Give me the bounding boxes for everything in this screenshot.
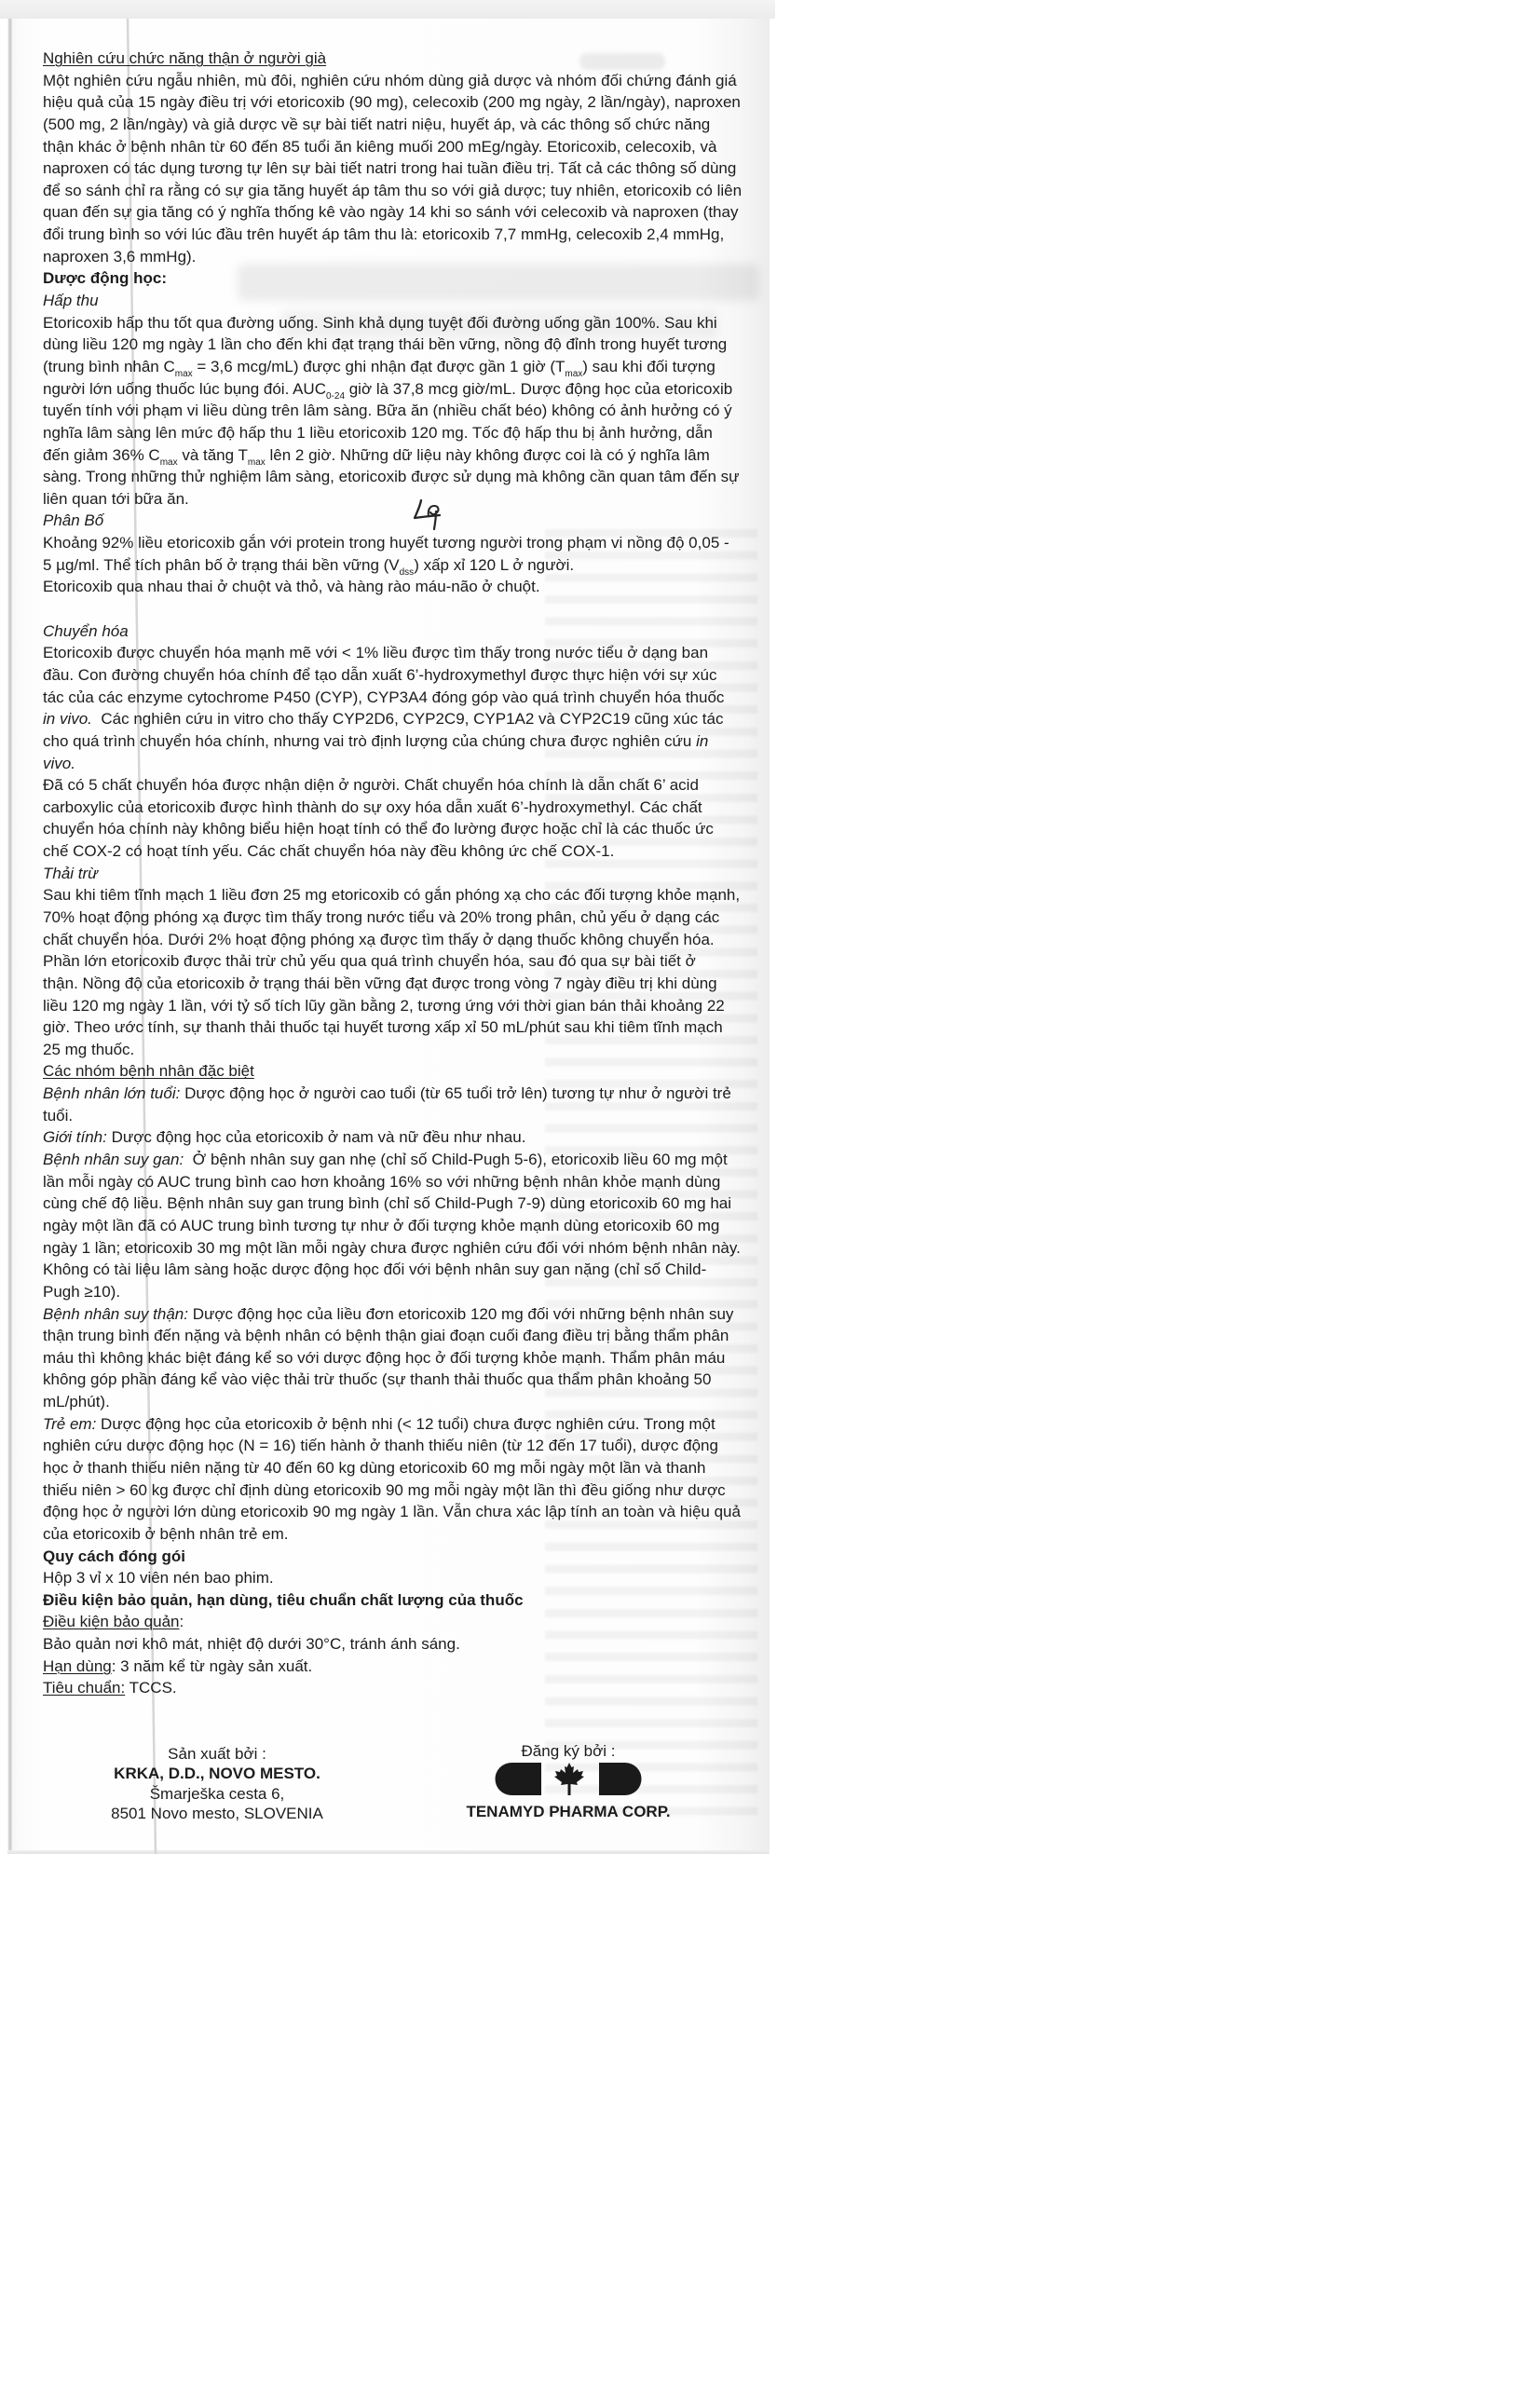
shelf-life-text: : 3 năm kể từ ngày sản xuất. (112, 1657, 313, 1675)
text-segment: cho quá trình chuyển hóa chính, nhưng va… (43, 732, 696, 750)
text-segment: : (180, 1613, 184, 1630)
elderly-label: Bệnh nhân lớn tuổi: (43, 1084, 180, 1102)
text-line: tuổi. (43, 1105, 742, 1127)
text-line: 25 mg thuốc. (43, 1039, 742, 1061)
text-line: Bệnh nhân lớn tuổi: Dược động học ở ngườ… (43, 1083, 742, 1105)
manufacturer-name: KRKA, D.D., NOVO MESTO. (77, 1764, 357, 1783)
text-segment: Dược động học của etoricoxib ở bệnh nhi … (96, 1415, 715, 1433)
text-line: tuyến tính với phạm vi liều dùng trên lâ… (43, 400, 742, 422)
text-line: Bệnh nhân suy thận: Dược động học của li… (43, 1303, 742, 1326)
text-line: chế COX-2 có hoạt tính yếu. Các chất chu… (43, 840, 742, 863)
text-line: Etoricoxib qua nhau thai ở chuột và thỏ,… (43, 576, 742, 598)
text-segment: lên 2 giờ. Những dữ liệu này không được … (266, 446, 710, 464)
text-segment: đến giảm 36% C (43, 446, 160, 464)
shelf-life-label: Hạn dùng (43, 1657, 112, 1675)
text-line: không góp phần đáng kể vào việc thải trừ… (43, 1369, 742, 1391)
subheading-metabolism: Chuyển hóa (43, 620, 742, 643)
text-line: Trẻ em: Dược động học của etoricoxib ở b… (43, 1413, 742, 1436)
subheading-absorption: Hấp thu (43, 290, 742, 312)
text-segment: (trung bình nhân C (43, 358, 175, 375)
text-segment: và tăng T (178, 446, 248, 464)
text-line: 5 µg/ml. Thể tích phân bố ở trạng thái b… (43, 554, 742, 577)
shelf-life-line: Hạn dùng: 3 năm kể từ ngày sản xuất. (43, 1656, 742, 1678)
text-line: thận khác ở bệnh nhân từ 60 đến 85 tuổi … (43, 136, 742, 158)
text-segment: ) xấp xỉ 120 L ở người. (414, 556, 574, 574)
text-line: Một nghiên cứu ngẫu nhiên, mù đôi, nghiê… (43, 70, 742, 92)
text-line: lần mỗi ngày có AUC trung bình cao hơn k… (43, 1171, 742, 1193)
text-line: đầu. Con đường chuyển hóa chính để tạo d… (43, 664, 742, 687)
quality-standard-text: TCCS. (125, 1679, 176, 1697)
special-populations-heading: Các nhóm bệnh nhân đặc biệt (43, 1062, 254, 1080)
registrant-name: TENAMYD PHARMA CORP. (429, 1802, 708, 1821)
gender-label: Giới tính: (43, 1128, 107, 1146)
text-line: sàng. Trong những thử nghiệm lâm sàng, e… (43, 466, 742, 488)
italic-term: vivo. (43, 755, 75, 772)
handwritten-mark-icon (412, 497, 443, 531)
storage-conditions-text: Bảo quản nơi khô mát, nhiệt độ dưới 30°C… (43, 1633, 742, 1656)
text-line: in vivo. Các nghiên cứu in vitro cho thấ… (43, 708, 742, 730)
text-line: động học ở người lớn dùng etoricoxib 90 … (43, 1501, 742, 1523)
text-line: naproxen 3,6 mmHg). (43, 246, 742, 268)
subheading-special-populations: Các nhóm bệnh nhân đặc biệt (43, 1060, 742, 1083)
text-line: ngày 1 lần; etoricoxib 30 mg một lần mỗi… (43, 1237, 742, 1260)
text-segment: Các nghiên cứu in vitro cho thấy CYP2D6,… (92, 710, 724, 728)
manufacturer-label: Sản xuất bởi : (77, 1744, 357, 1764)
section-heading-storage: Điều kiện bảo quản, hạn dùng, tiêu chuẩn… (43, 1589, 742, 1612)
italic-term: in vivo. (43, 710, 92, 728)
hepatic-label: Bệnh nhân suy gan: (43, 1151, 184, 1168)
text-line: naproxen có tác dụng tương tự lên sự bài… (43, 157, 742, 180)
text-segment: Dược động học ở người cao tuổi (từ 65 tu… (180, 1084, 730, 1102)
registrant-label: Đăng ký bởi : (429, 1741, 708, 1761)
text-segment: ) sau khi đối tượng (582, 358, 715, 375)
section-heading-pharmacokinetics: Dược động học: (43, 267, 742, 290)
text-line: Đã có 5 chất chuyển hóa được nhận diện ở… (43, 774, 742, 797)
text-line: cho quá trình chuyển hóa chính, nhưng va… (43, 730, 742, 753)
text-line: đến giảm 36% Cmax và tăng Tmax lên 2 giờ… (43, 444, 742, 467)
section-heading-renal-study: Nghiên cứu chức năng thận ở người già (43, 48, 742, 70)
renal-study-heading: Nghiên cứu chức năng thận ở người già (43, 49, 326, 67)
text-line: Sau khi tiêm tĩnh mạch 1 liều đơn 25 mg … (43, 884, 742, 906)
text-line: mL/phút). (43, 1391, 742, 1413)
text-line: Không có tài liệu lâm sàng hoặc dược độn… (43, 1259, 742, 1281)
text-line: vivo. (43, 753, 742, 775)
text-line: Etoricoxib hấp thu tốt qua đường uống. S… (43, 312, 742, 334)
quality-standard-label: Tiêu chuẩn: (43, 1679, 125, 1697)
text-segment: = 3,6 mcg/mL) được ghi nhận đạt được gần… (193, 358, 566, 375)
subheading-elimination: Thải trừ (43, 863, 742, 885)
text-line: quan đến sự gia tăng có ý nghĩa thống kê… (43, 201, 742, 224)
text-segment: giờ là 37,8 mcg giờ/mL. Dược động học củ… (345, 380, 732, 398)
text-line: học ở thanh thiếu niên nặng từ 40 đến 60… (43, 1457, 742, 1479)
text-line: Pugh ≥10). (43, 1281, 742, 1303)
text-line: (trung bình nhân Cmax = 3,6 mcg/mL) được… (43, 356, 742, 378)
text-line: liều 120 mg ngày 1 lần, với tỷ số tích l… (43, 995, 742, 1017)
text-line: nghĩa lâm sàng lên mức độ hấp thu 1 liều… (43, 422, 742, 444)
text-line: dùng liều 120 mg ngày 1 lần cho đến khi … (43, 334, 742, 356)
storage-conditions-label: Điều kiện bảo quản (43, 1613, 180, 1630)
quality-standard-line: Tiêu chuẩn: TCCS. (43, 1677, 742, 1699)
text-line: chuyển hóa chính này không biểu hiện hoạ… (43, 818, 742, 840)
packaging-text: Hộp 3 vỉ x 10 viên nén bao phim. (43, 1567, 742, 1589)
manufacturer-address-city: 8501 Novo mesto, SLOVENIA (77, 1804, 357, 1823)
text-line: thiếu niên > 60 kg được chỉ định dùng et… (43, 1479, 742, 1502)
storage-conditions-heading: Điều kiện bảo quản: (43, 1611, 742, 1633)
text-line: để so sánh chỉ ra rằng có sự gia tăng hu… (43, 180, 742, 202)
document-body: Nghiên cứu chức năng thận ở người già Mộ… (43, 48, 742, 1699)
text-line: liên quan tới bữa ăn. (43, 488, 742, 511)
section-heading-packaging: Quy cách đóng gói (43, 1546, 742, 1568)
text-line: nghiên cứu dược động học (N = 16) tiến h… (43, 1435, 742, 1457)
text-line: tác của các enzyme cytochrome P450 (CYP)… (43, 687, 742, 709)
text-line: Giới tính: Dược động học của etoricoxib … (43, 1126, 742, 1149)
text-line: thận. Nồng độ của etoricoxib ở trạng thá… (43, 973, 742, 995)
text-segment: Ở bệnh nhân suy gan nhẹ (chỉ số Child-Pu… (184, 1151, 727, 1168)
text-line: người lớn uống thuốc lúc bụng đói. AUC0-… (43, 378, 742, 401)
pediatric-label: Trẻ em: (43, 1415, 96, 1433)
text-segment: 5 µg/ml. Thể tích phân bố ở trạng thái b… (43, 556, 400, 574)
text-line: carboxylic của etoricoxib được hình thàn… (43, 797, 742, 819)
renal-impairment-label: Bệnh nhân suy thận: (43, 1305, 188, 1323)
manufacturer-block: Sản xuất bởi : KRKA, D.D., NOVO MESTO. Š… (77, 1744, 357, 1823)
text-line: chất chuyển hóa. Dưới 2% hoạt động phóng… (43, 929, 742, 951)
logo-left-block (496, 1763, 542, 1795)
text-line: Etoricoxib được chuyển hóa mạnh mẽ với <… (43, 642, 742, 664)
text-line: đổi trung bình so với lúc đầu trên huyết… (43, 224, 742, 246)
subheading-distribution: Phân Bố (43, 510, 742, 532)
text-line: ngày một lần đã có AUC trung bình tương … (43, 1215, 742, 1237)
text-line: của etoricoxib ở bệnh nhân trẻ em. (43, 1523, 742, 1546)
text-segment: Dược động học của liều đơn etoricoxib 12… (188, 1305, 733, 1323)
text-line: hiệu quả của 15 ngày điều trị với etoric… (43, 91, 742, 114)
blank-line (43, 598, 742, 620)
text-line: thận trung bình đến nặng và bệnh nhân có… (43, 1325, 742, 1347)
text-line: máu thì không khác biệt đáng kể so với d… (43, 1347, 742, 1370)
italic-term: in (696, 732, 708, 750)
tenamyd-logo-icon (495, 1763, 644, 1795)
text-line: Phần lớn etoricoxib được thải trừ chủ yế… (43, 950, 742, 973)
manufacturer-address-street: Šmarješka cesta 6, (77, 1784, 357, 1804)
text-line: Khoảng 92% liều etoricoxib gắn với prote… (43, 532, 742, 554)
text-line: 70% hoạt động phóng xạ được tìm thấy tro… (43, 906, 742, 929)
text-segment: người lớn uống thuốc lúc bụng đói. AUC (43, 380, 326, 398)
logo-right-block (599, 1763, 642, 1795)
text-line: (500 mg, 2 lần/ngày) và giả dược về sự b… (43, 114, 742, 136)
maple-leaf-icon (554, 1763, 584, 1795)
text-segment: Dược động học của etoricoxib ở nam và nữ… (107, 1128, 526, 1146)
text-line: cùng chế độ liều. Bệnh nhân suy gan trun… (43, 1192, 742, 1215)
text-line: Bệnh nhân suy gan: Ở bệnh nhân suy gan n… (43, 1149, 742, 1171)
text-line: giờ. Theo ước tính, sự thanh thải thuốc … (43, 1016, 742, 1039)
